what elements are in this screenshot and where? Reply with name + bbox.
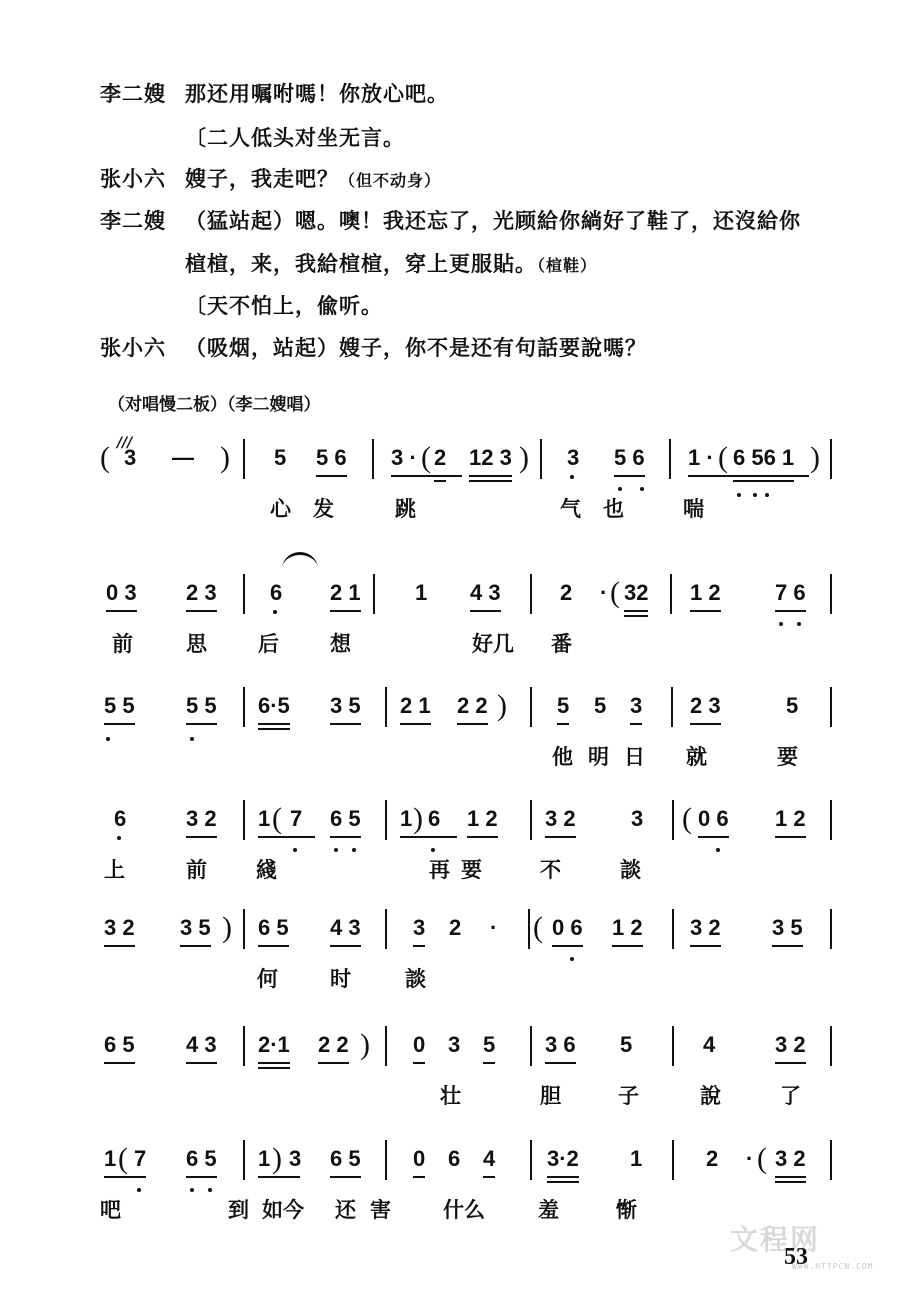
open-paren: ( <box>718 441 728 475</box>
notation-row: 0 3 2 3 6 2 1 1 4 3 2 · ( 32 1 2 7 6 前 思… <box>0 580 911 670</box>
dialogue-line: 楦楦，来，我給楦楦，穿上更服貼。（楦鞋） <box>185 248 597 278</box>
open-paren: ( <box>421 441 431 475</box>
page-number: 53 <box>784 1244 808 1271</box>
barline <box>530 687 532 727</box>
note: 3 <box>124 445 136 471</box>
lyric: 到 <box>228 1194 249 1224</box>
notation-row: 3 2 3 5 ) 6 5 4 3 3 2 · ( 0 6 1 2 3 2 3 … <box>0 915 911 1005</box>
barline <box>530 1026 532 1066</box>
barline <box>530 800 532 840</box>
barline <box>830 574 832 614</box>
aside-text: （楦鞋） <box>537 256 597 275</box>
lyric: 說 <box>700 1080 721 1110</box>
close-paren: ) <box>810 441 820 475</box>
barline <box>243 909 245 949</box>
note: 6 <box>428 806 440 832</box>
note-group: 2 1 <box>330 580 361 606</box>
note: 6 <box>114 806 126 832</box>
barline <box>672 800 674 840</box>
note: 4 <box>483 1146 495 1172</box>
note-group: 1 · <box>688 445 714 471</box>
barline <box>385 1140 387 1180</box>
tie-arc <box>282 552 318 569</box>
close-paren: ) <box>360 1028 370 1062</box>
barline <box>830 439 832 479</box>
speaker-name: 张小六 <box>100 332 166 362</box>
note-group: 3 5 <box>180 915 211 941</box>
note: 5 <box>557 693 569 719</box>
note-group: 2·1 <box>258 1032 290 1058</box>
note: 1 <box>104 1146 116 1172</box>
note-group: 32 <box>624 580 648 606</box>
note: 3 <box>630 693 642 719</box>
note: 3 <box>567 445 579 471</box>
lyric: 要 <box>461 854 482 884</box>
lyric: 心 <box>270 493 291 523</box>
speaker-name: 张小六 <box>100 163 166 193</box>
note-group: 6 5 <box>186 1146 217 1172</box>
note-group: 5 5 <box>104 693 135 719</box>
dialogue-line: （吸烟，站起）嫂子，你不是还有句話要說嗎？ <box>185 332 647 362</box>
barline <box>830 687 832 727</box>
barline <box>372 439 374 479</box>
open-paren: ( <box>100 441 110 475</box>
note: 3 <box>631 806 643 832</box>
note-group: 3 2 <box>545 806 576 832</box>
lyric: 还 <box>335 1194 356 1224</box>
note: 3 <box>289 1146 301 1172</box>
note: 7 <box>134 1146 146 1172</box>
note: 1 <box>258 1146 270 1172</box>
note: 2 <box>449 915 461 941</box>
note-group: 3 6 <box>545 1032 576 1058</box>
note-group: 3 2 <box>775 1146 806 1172</box>
lyric: 番 <box>551 628 572 658</box>
note-group: 3 2 <box>186 806 217 832</box>
section-heading: （对唱慢二板）（李二嫂唱） <box>108 390 321 415</box>
notation-row: ( /// 3 — ) 5 5 6 3 · ( 2 12 3 ) 3 5 6 1… <box>0 445 911 535</box>
note-group: 2 1 <box>400 693 431 719</box>
lyric: 羞 <box>538 1194 559 1224</box>
aside-text: （但不动身） <box>339 171 441 190</box>
lyric: 子 <box>618 1080 639 1110</box>
barline <box>530 1140 532 1180</box>
note: 5 <box>786 693 798 719</box>
stage-direction: 〔天不怕上，偸听。 <box>185 290 383 320</box>
note-group: 2 2 <box>318 1032 349 1058</box>
barline <box>672 1026 674 1066</box>
barline <box>669 439 671 479</box>
note-group: 0 3 <box>106 580 137 606</box>
note: 7 <box>290 806 302 832</box>
barline <box>530 574 532 614</box>
note-group: 1 2 <box>612 915 643 941</box>
barline <box>243 574 245 614</box>
close-paren: ) <box>272 1142 282 1176</box>
close-paren: ) <box>222 911 232 945</box>
note-group: 7 6 <box>775 580 806 606</box>
barline <box>830 1140 832 1180</box>
barline <box>830 800 832 840</box>
dialogue-text: 嫂子，我走吧？ <box>185 167 339 191</box>
augmentation-dot: · <box>600 580 607 606</box>
lyric: 不 <box>540 854 561 884</box>
lyric: 就 <box>686 741 707 771</box>
note-group: 6 5 <box>330 806 361 832</box>
note-group: 2 3 <box>690 693 721 719</box>
note-group: 4 3 <box>470 580 501 606</box>
note: 6 <box>270 580 282 606</box>
open-paren: ( <box>682 802 692 836</box>
note-group: 4 3 <box>186 1032 217 1058</box>
notation-row: 6 5 4 3 2·1 2 2 ) 0 3 5 3 6 5 4 3 2 壮 胆 … <box>0 1032 911 1122</box>
barline <box>671 687 673 727</box>
note: 2 <box>560 580 572 606</box>
close-paren: ) <box>519 441 529 475</box>
lyric: 好几 <box>472 628 514 658</box>
open-paren: ( <box>272 802 282 836</box>
lyric: 思 <box>186 628 207 658</box>
note: 0 <box>413 1146 425 1172</box>
note: 4 <box>703 1032 715 1058</box>
close-paren: ) <box>497 689 507 723</box>
barline <box>672 909 674 949</box>
note: 2 <box>434 445 446 471</box>
note-group: 5 6 <box>316 445 347 471</box>
lyric: 日 <box>624 741 645 771</box>
barline <box>243 800 245 840</box>
note-group: 12 3 <box>469 445 512 471</box>
lyric: 前 <box>186 854 207 884</box>
note: 5 <box>274 445 286 471</box>
speaker-name: 李二嫂 <box>100 78 166 108</box>
note-group: 2 2 <box>457 693 488 719</box>
stage-direction: 〔二人低头对坐无言。 <box>185 122 405 152</box>
barline <box>385 909 387 949</box>
lyric: 了 <box>780 1080 801 1110</box>
barline <box>670 574 672 614</box>
note-group: 3 5 <box>330 693 361 719</box>
barline <box>385 1026 387 1066</box>
lyric: 談 <box>620 854 641 884</box>
sustain-dash: — <box>172 445 194 471</box>
close-paren: ) <box>220 441 230 475</box>
barline <box>243 687 245 727</box>
augmentation-dot: · <box>746 1146 753 1172</box>
dialogue-line: 嫂子，我走吧？（但不动身） <box>185 163 441 193</box>
barline <box>243 1140 245 1180</box>
lyric: 发 <box>313 493 334 523</box>
lyric: 跳 <box>395 493 416 523</box>
note-group: 4 3 <box>330 915 361 941</box>
note-group: 6 5 <box>330 1146 361 1172</box>
note-group: 3 5 <box>772 915 803 941</box>
note-group: 0 6 <box>552 915 583 941</box>
speaker-name: 李二嫂 <box>100 205 166 235</box>
note-group: 3 · <box>391 445 417 471</box>
lyric: 时 <box>330 963 351 993</box>
notation-row: 5 5 5 5 6·5 3 5 2 1 2 2 ) 5 5 3 2 3 5 他 … <box>0 693 911 783</box>
note-group: 1 2 <box>690 580 721 606</box>
lyric: 前 <box>112 628 133 658</box>
barline <box>373 574 375 614</box>
note-group: 6 5 <box>258 915 289 941</box>
lyric: 如今 <box>262 1194 304 1224</box>
lyric: 明 <box>588 741 609 771</box>
note-group: 6 56 1 <box>733 445 794 471</box>
note: 1 <box>630 1146 642 1172</box>
lyric: 何 <box>257 963 278 993</box>
lyric: 再 <box>429 854 450 884</box>
barline <box>385 687 387 727</box>
note: 2 <box>706 1146 718 1172</box>
dialogue-line: 那还用嘱咐嗎！你放心吧。 <box>185 78 449 108</box>
lyric: 害 <box>370 1194 391 1224</box>
note-group: 3 2 <box>775 1032 806 1058</box>
lyric: 壮 <box>440 1080 461 1110</box>
open-paren: ( <box>118 1142 128 1176</box>
lyric: 想 <box>330 628 351 658</box>
note: 6 <box>448 1146 460 1172</box>
note: 5 <box>594 693 606 719</box>
open-paren: ( <box>757 1142 767 1176</box>
lyric: 他 <box>552 741 573 771</box>
lyric: 喘 <box>683 493 704 523</box>
dialogue-line: （猛站起）嗯。噢！我还忘了，光顾給你緔好了鞋了，还沒給你 <box>185 205 801 235</box>
barline <box>540 439 542 479</box>
open-paren: ( <box>533 911 543 945</box>
note-group: 5 6 <box>614 445 645 471</box>
lyric: 要 <box>777 741 798 771</box>
open-paren: ( <box>610 576 620 610</box>
lyric: 綫 <box>256 854 277 884</box>
dialogue-text: 楦楦，来，我給楦楦，穿上更服貼。 <box>185 252 537 276</box>
note-group: 6·5 <box>258 693 290 719</box>
note: 1 <box>400 806 412 832</box>
barline <box>830 1026 832 1066</box>
note: 1 <box>415 580 427 606</box>
note: 3 <box>413 915 425 941</box>
note-group: 5 5 <box>186 693 217 719</box>
close-paren: ) <box>413 802 423 836</box>
lyric: 后 <box>258 628 279 658</box>
note-group: 6 5 <box>104 1032 135 1058</box>
note-group: 0 6 <box>698 806 729 832</box>
lyric: 什么 <box>443 1194 485 1224</box>
notation-row: 6 3 2 1 ( 7 6 5 1 ) 6 1 2 3 2 3 ( 0 6 1 … <box>0 806 911 896</box>
barline <box>528 909 530 949</box>
barline <box>385 800 387 840</box>
barline <box>243 1026 245 1066</box>
lyric: 吧 <box>100 1194 121 1224</box>
note-group: 3 2 <box>690 915 721 941</box>
note: 5 <box>483 1032 495 1058</box>
note: 5 <box>620 1032 632 1058</box>
note-group: 3 2 <box>104 915 135 941</box>
note-group: 3·2 <box>547 1146 579 1172</box>
barline <box>830 909 832 949</box>
barline <box>243 439 245 479</box>
note: 1 <box>258 806 270 832</box>
note-group: 1 2 <box>775 806 806 832</box>
barline <box>672 1140 674 1180</box>
augmentation-dot: · <box>490 915 497 941</box>
note-group: 2 3 <box>186 580 217 606</box>
lyric: 气 <box>560 493 581 523</box>
note: 3 <box>448 1032 460 1058</box>
note: 0 <box>413 1032 425 1058</box>
lyric: 胆 <box>540 1080 561 1110</box>
lyric: 惭 <box>616 1194 637 1224</box>
note-group: 1 2 <box>467 806 498 832</box>
lyric: 上 <box>104 854 125 884</box>
lyric: 談 <box>405 963 426 993</box>
lyric: 也 <box>603 493 624 523</box>
